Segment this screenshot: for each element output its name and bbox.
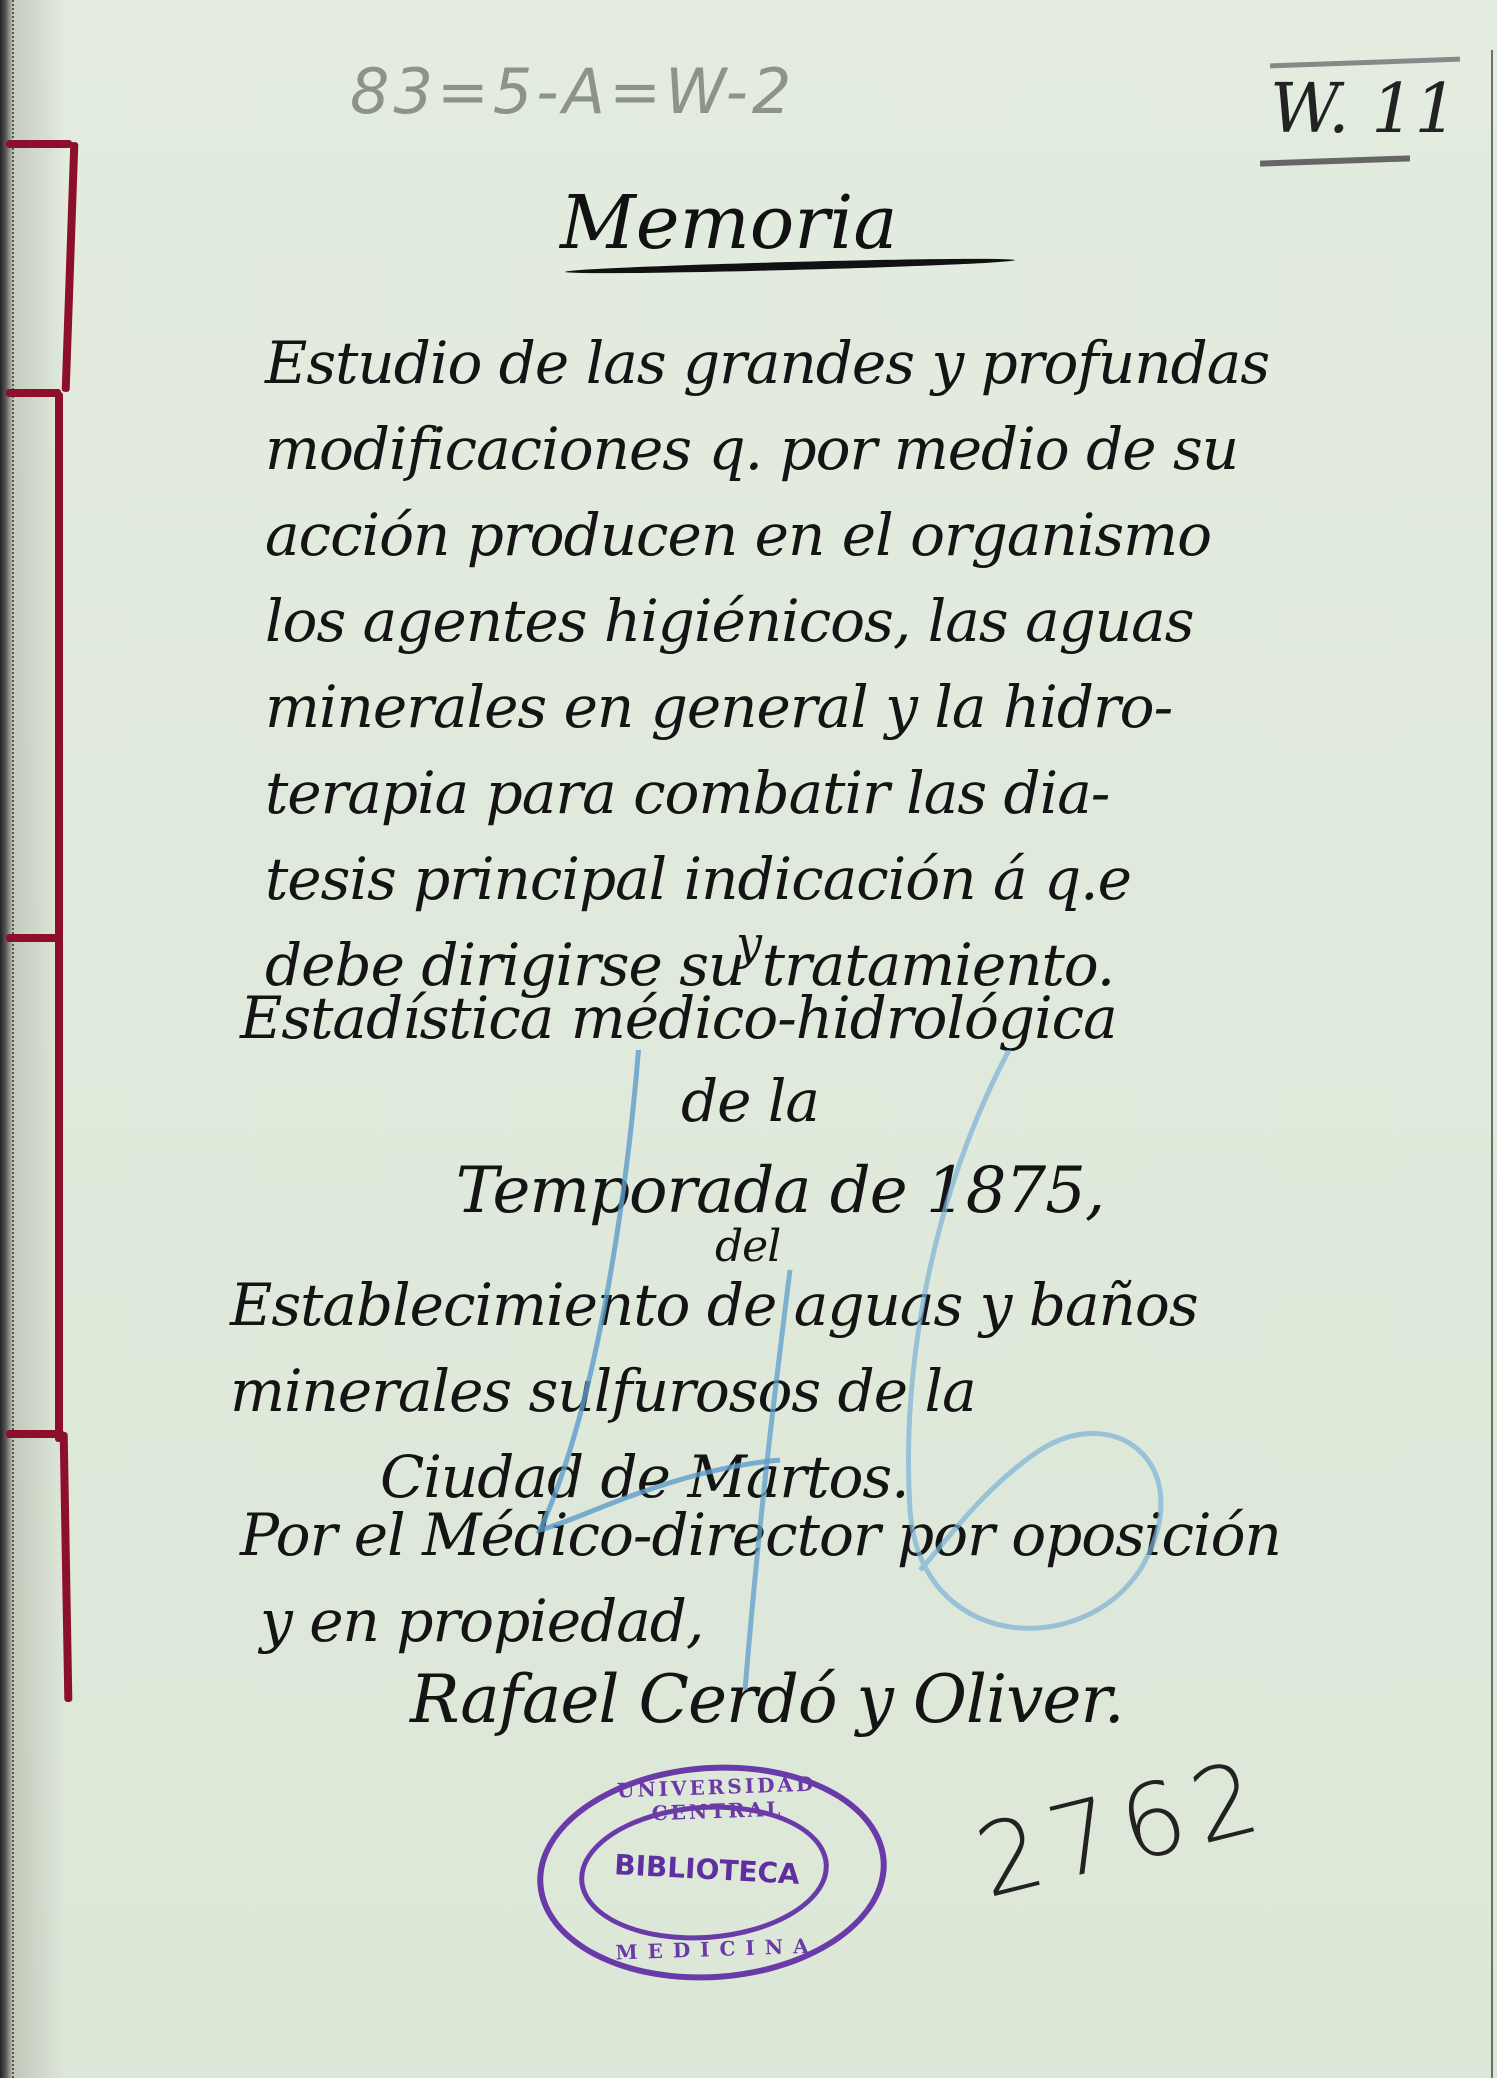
document-title: Memoria xyxy=(560,180,897,266)
manuscript-page: 83=5-A=W-2 W. 11 Memoria Estudio de las … xyxy=(0,0,1497,2078)
text-line: Estadística médico-hidrológica xyxy=(230,975,1270,1061)
text-line: terapia para combatir las dia- xyxy=(265,750,1385,836)
pencil-shelfmark: 83=5-A=W-2 xyxy=(350,55,795,128)
signature-text: Rafael Cerdó y Oliver. xyxy=(410,1650,1310,1750)
conjunction-text: y xyxy=(0,918,1497,968)
author-credit: Por el Médico-director por oposición y e… xyxy=(240,1492,1380,1664)
binding-thread-stitch xyxy=(6,140,72,148)
volume-mark: W. 11 xyxy=(1270,70,1458,149)
text-line: tesis principal indicación á q.e xyxy=(265,836,1385,922)
binding-thread xyxy=(55,392,63,1442)
text-line: minerales en general y la hidro- xyxy=(265,664,1385,750)
text-line: minerales sulfurosos de la xyxy=(230,1348,1330,1434)
statistics-heading: Estadística médico-hidrológica de la Tem… xyxy=(230,975,1270,1241)
establishment-block: Establecimiento de aguas y baños mineral… xyxy=(230,1262,1330,1520)
text-line: Por el Médico-director por oposición xyxy=(240,1492,1380,1578)
text-line: de la xyxy=(230,1061,1270,1141)
binding-thread xyxy=(62,142,79,392)
text-line: acción producen en el organismo xyxy=(265,492,1385,578)
volume-mark-rule xyxy=(1270,57,1460,69)
catalog-number: 2762 xyxy=(965,1736,1279,1921)
text-line: modificaciones q. por medio de su xyxy=(265,406,1385,492)
page-edge xyxy=(1491,50,1493,2078)
conjunction: y xyxy=(0,918,1497,968)
binding-thread-stitch xyxy=(6,389,61,397)
volume-mark-rule xyxy=(1260,155,1410,166)
signature: Rafael Cerdó y Oliver. xyxy=(410,1650,1310,1750)
study-description: Estudio de las grandes y profundas modif… xyxy=(265,320,1385,1008)
text-line: Establecimiento de aguas y baños xyxy=(230,1262,1330,1348)
library-stamp: UNIVERSIDAD CENTRAL BIBLIOTECA MEDICINA xyxy=(537,1765,897,1985)
binding-thread-stitch xyxy=(6,1430,64,1438)
text-line: los agentes higiénicos, las aguas xyxy=(265,578,1385,664)
text-line: Estudio de las grandes y profundas xyxy=(265,320,1385,406)
